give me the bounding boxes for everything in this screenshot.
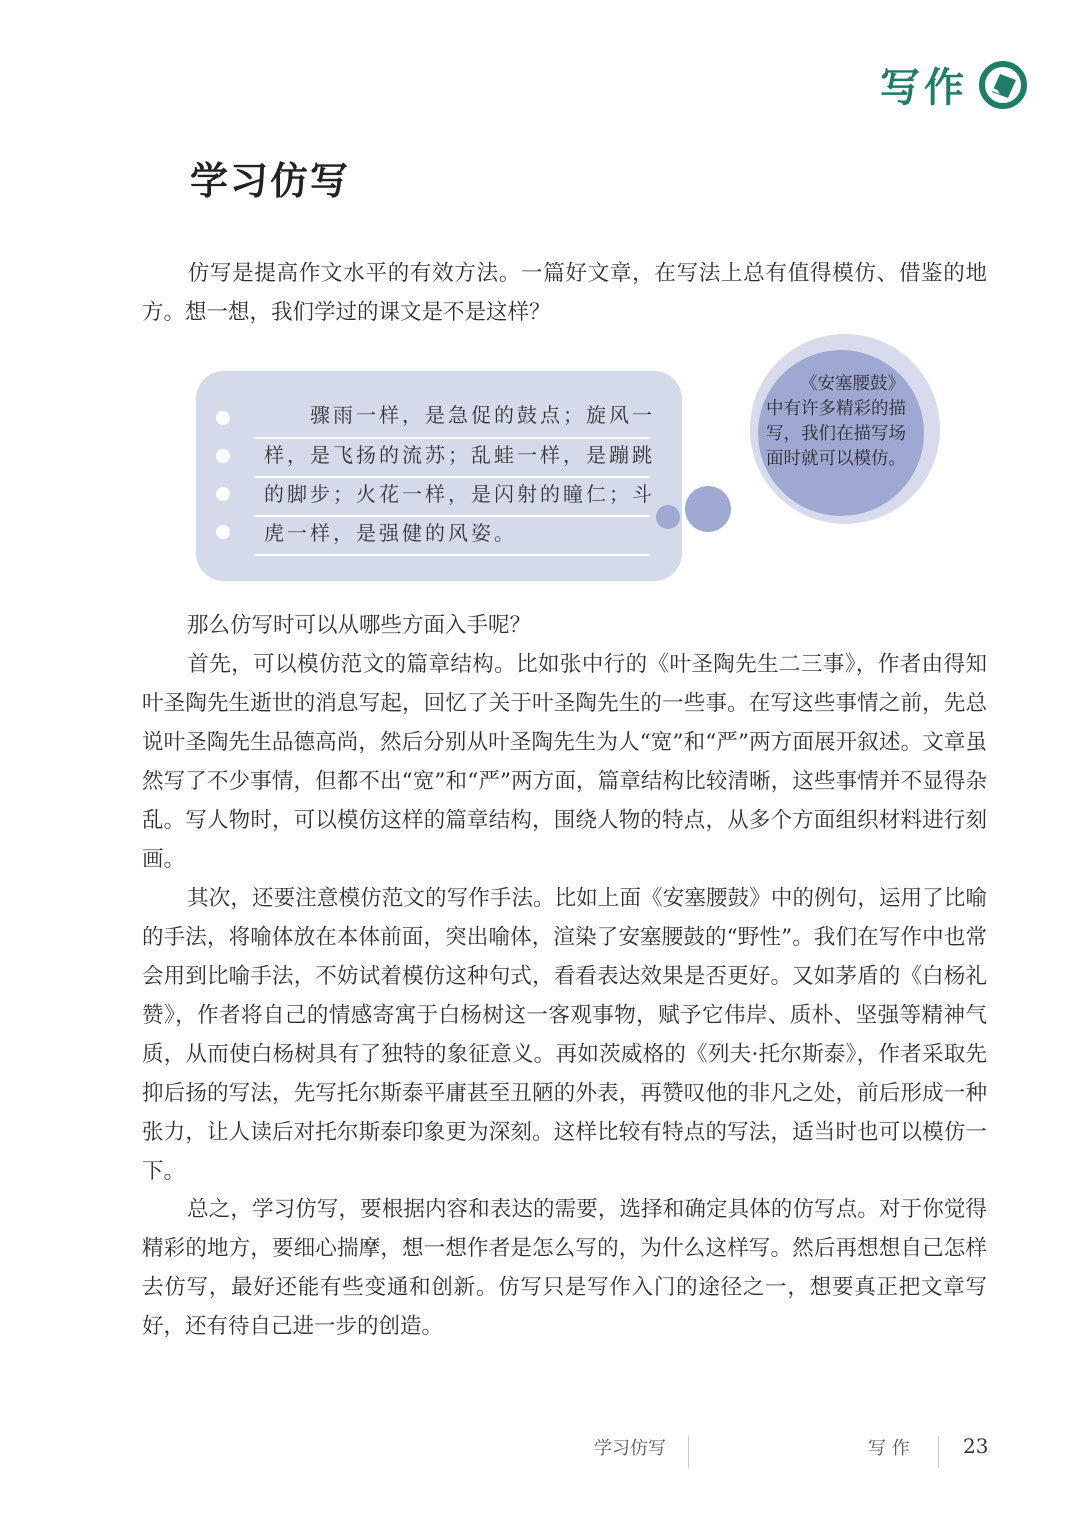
page-number: 23 [963, 1434, 988, 1458]
quote-line-2: 样，是飞扬的流苏；乱蛙一样，是蹦跳 [264, 439, 644, 468]
writing-pen-circle-icon [978, 60, 1028, 110]
footer-divider [688, 1436, 689, 1468]
quote-box: 骤雨一样，是急促的鼓点；旋风一 样，是飞扬的流苏；乱蛙一样，是蹦跳 的脚步；火花… [196, 371, 682, 581]
summary-paragraph: 总之，学习仿写，要根据内容和表达的需要，选择和确定具体的仿写点。对于你觉得精彩的… [142, 1190, 987, 1346]
footer-section: 写 作 [868, 1434, 910, 1460]
rule-line [254, 554, 650, 556]
page-title: 学习仿写 [190, 150, 350, 205]
thought-bubble-text: 《安塞腰鼓》中有许多精彩的描写，我们在描写场面时就可以模仿。 [766, 372, 906, 472]
section-label: 写作 [880, 56, 968, 113]
footer-divider [938, 1436, 939, 1468]
question-paragraph: 那么仿写时可以从哪些方面入手呢？ [142, 606, 987, 645]
bullet-dot [216, 411, 230, 425]
section-header: 写作 [880, 56, 1028, 113]
thought-dot-small [656, 505, 680, 529]
quote-line-3: 的脚步；火花一样，是闪射的瞳仁；斗 [264, 478, 644, 507]
intro-paragraph: 仿写是提高作文水平的有效方法。一篇好文章，在写法上总有值得模仿、借鉴的地方。想一… [142, 254, 987, 332]
second-paragraph: 其次，还要注意模仿范文的写作手法。比如上面《安塞腰鼓》中的例句，运用了比喻的手法… [142, 879, 987, 1191]
quote-line-1: 骤雨一样，是急促的鼓点；旋风一 [264, 399, 644, 428]
bullet-dot [216, 449, 230, 463]
footer-lesson: 学习仿写 [594, 1434, 666, 1460]
first-paragraph: 首先，可以模仿范文的篇章结构。比如张中行的《叶圣陶先生二三事》，作者由得知叶圣陶… [142, 645, 987, 879]
thought-dot-medium [685, 486, 731, 532]
bullet-dot [216, 487, 230, 501]
bullet-dot [216, 525, 230, 539]
quote-line-4: 虎一样，是强健的风姿。 [264, 517, 644, 546]
